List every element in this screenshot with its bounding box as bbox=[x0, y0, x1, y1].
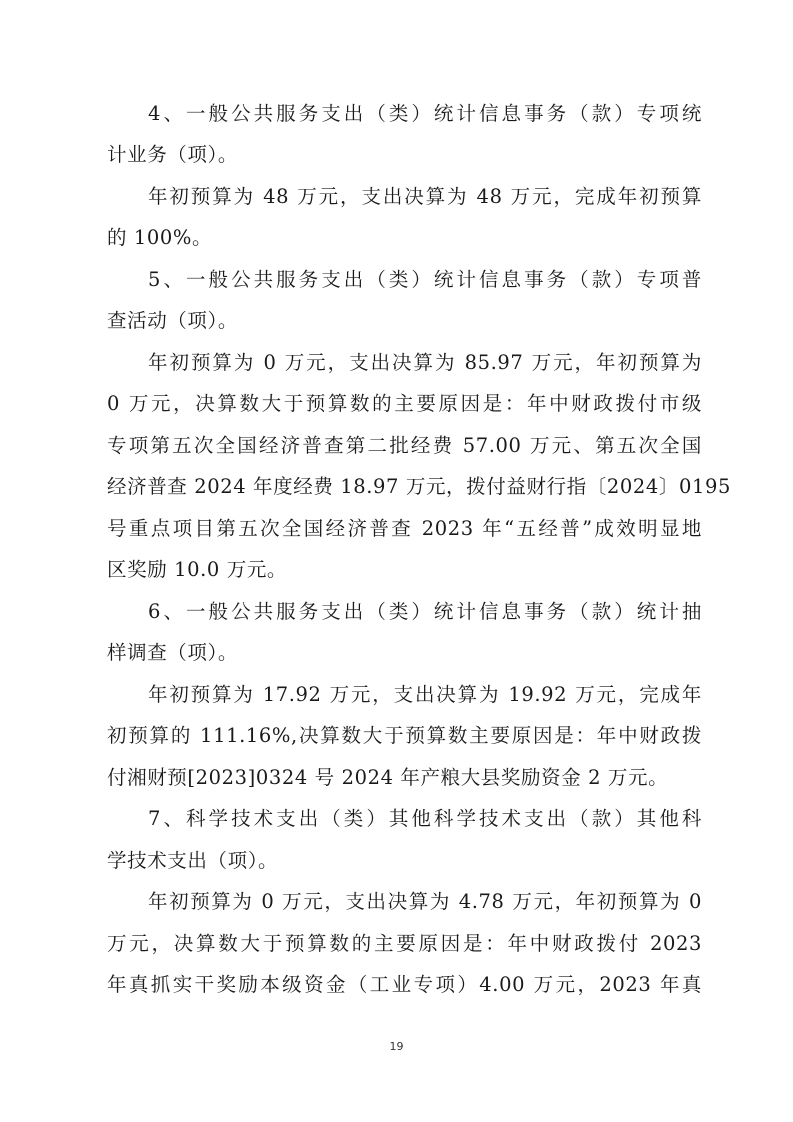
section-5-body-line-1: 年初预算为 0 万元，支出决算为 85.97 万元，年初预算为 bbox=[148, 351, 702, 375]
section-7-heading-line-2: 学技术支出（项）。 bbox=[107, 849, 702, 873]
section-4-heading-line-1: 4、一般公共服务支出（类）统计信息事务（款）专项统 bbox=[148, 102, 702, 126]
section-6-body-line-1: 年初预算为 17.92 万元，支出决算为 19.92 万元，完成年 bbox=[148, 683, 702, 707]
section-5-heading-line-2: 查活动（项）。 bbox=[107, 309, 702, 333]
section-7-body-line-2: 万元，决算数大于预算数的主要原因是：年中财政拨付 2023 bbox=[107, 932, 702, 956]
section-6-body-line-3: 付湘财预[2023]0324 号 2024 年产粮大县奖励资金 2 万元。 bbox=[107, 766, 702, 790]
section-4-body-line-1: 年初预算为 48 万元，支出决算为 48 万元，完成年初预算 bbox=[148, 185, 702, 209]
section-4-body-line-2: 的 100%。 bbox=[107, 226, 702, 250]
section-5-body-line-3: 专项第五次全国经济普查第二批经费 57.00 万元、第五次全国 bbox=[107, 434, 702, 458]
page-number: 19 bbox=[0, 1040, 793, 1053]
document-page: 4、一般公共服务支出（类）统计信息事务（款）专项统 计业务（项）。 年初预算为 … bbox=[0, 0, 793, 1122]
section-6-body-line-2: 初预算的 111.16%,决算数大于预算数主要原因是：年中财政拨 bbox=[107, 724, 702, 748]
section-5-body-line-4: 经济普查 2024 年度经费 18.97 万元，拨付益财行指〔2024〕0195 bbox=[107, 475, 702, 499]
section-5-body-line-5: 号重点项目第五次全国经济普查 2023 年“五经普”成效明显地 bbox=[107, 517, 702, 541]
section-7-body-line-3: 年真抓实干奖励本级资金（工业专项）4.00 万元，2023 年真 bbox=[107, 973, 702, 997]
section-7-heading-line-1: 7、科学技术支出（类）其他科学技术支出（款）其他科 bbox=[148, 807, 702, 831]
section-7-body-line-1: 年初预算为 0 万元，支出决算为 4.78 万元，年初预算为 0 bbox=[148, 890, 702, 914]
section-5-heading-line-1: 5、一般公共服务支出（类）统计信息事务（款）专项普 bbox=[148, 268, 702, 292]
section-4-heading-line-2: 计业务（项）。 bbox=[107, 143, 702, 167]
section-5-body-line-6: 区奖励 10.0 万元。 bbox=[107, 558, 702, 582]
section-6-heading-line-1: 6、一般公共服务支出（类）统计信息事务（款）统计抽 bbox=[148, 600, 702, 624]
section-6-heading-line-2: 样调查（项）。 bbox=[107, 641, 702, 665]
section-5-body-line-2: 0 万元，决算数大于预算数的主要原因是：年中财政拨付市级 bbox=[107, 392, 702, 416]
